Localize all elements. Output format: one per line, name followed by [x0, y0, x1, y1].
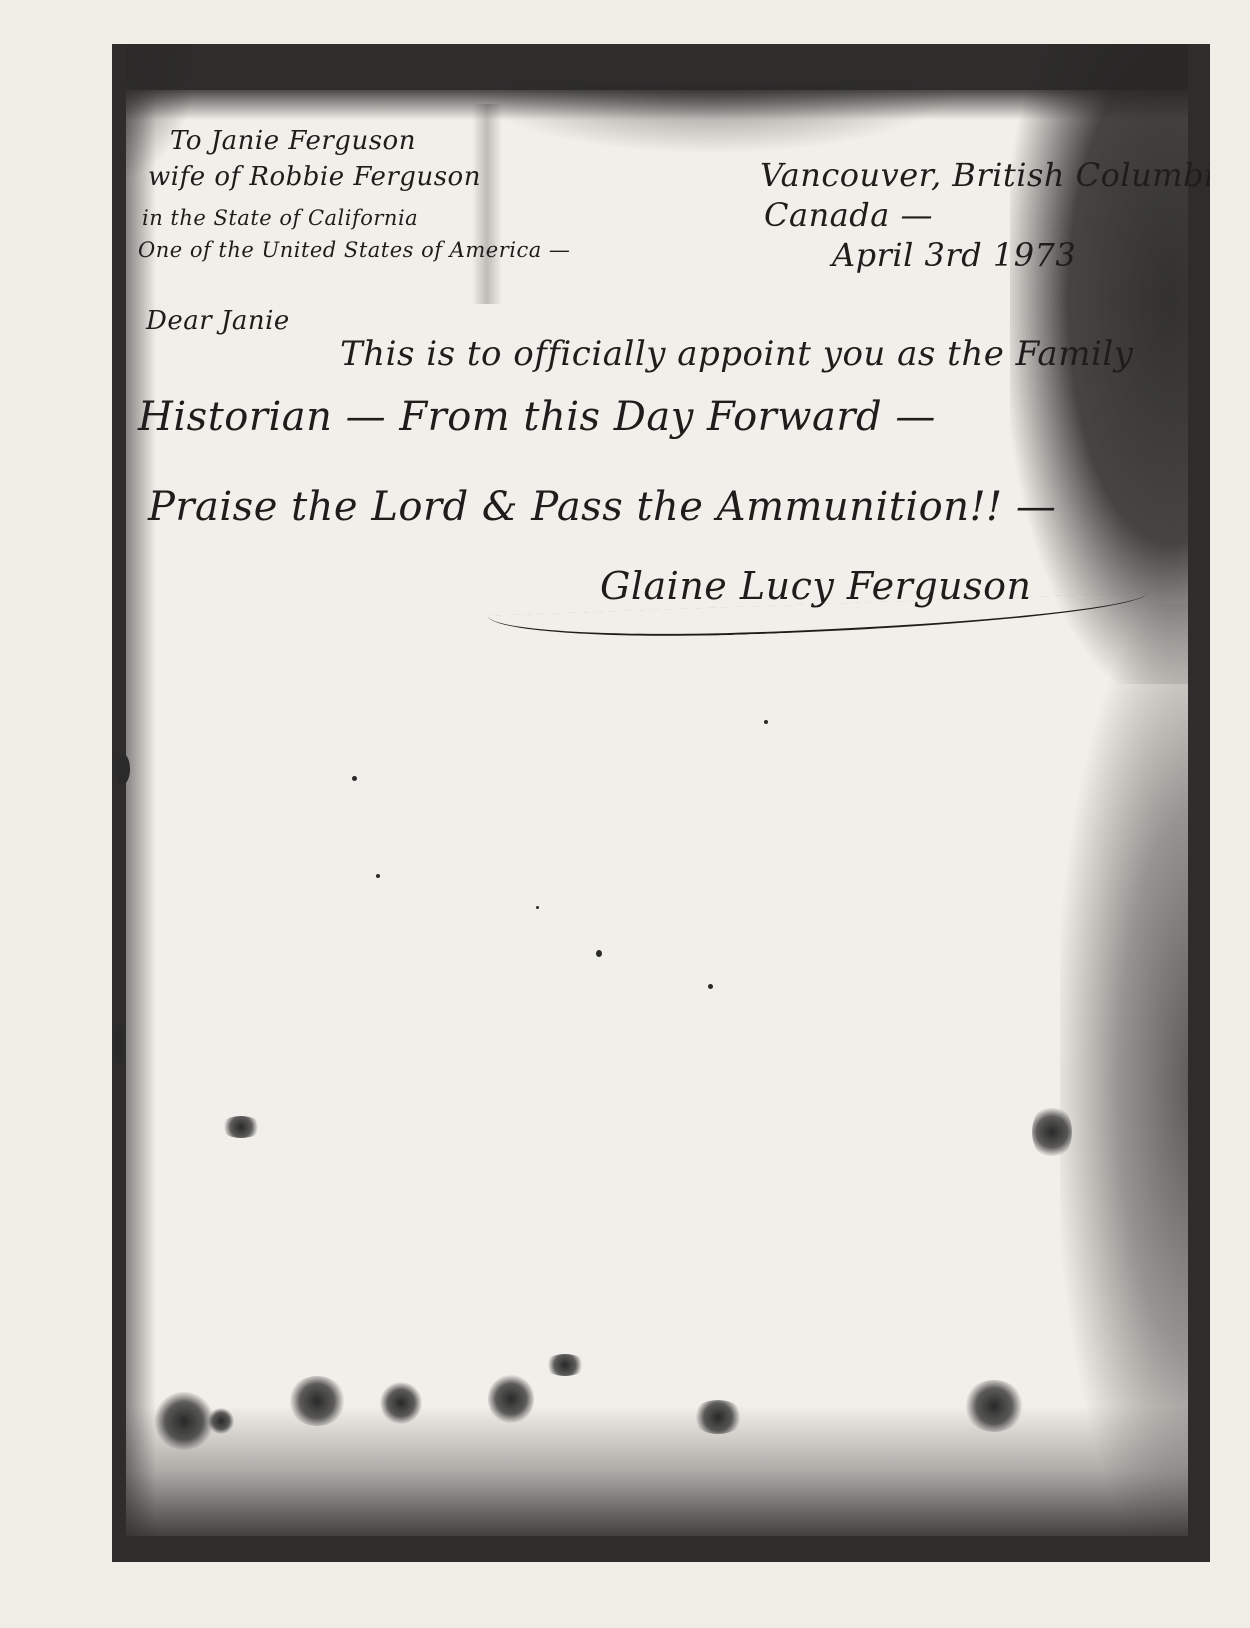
recipient-line-3: in the State of California — [142, 206, 418, 230]
recipient-line-2: wife of Robbie Ferguson — [148, 162, 481, 192]
letter-page: To Janie Ferguson wife of Robbie Ferguso… — [112, 44, 1210, 1562]
sender-country: Canada — — [764, 196, 933, 234]
toner-speck — [352, 776, 357, 781]
toner-speck — [708, 984, 713, 989]
toner-blot — [288, 1376, 346, 1426]
toner-speck — [116, 754, 130, 784]
recipient-line-1: To Janie Ferguson — [170, 126, 416, 156]
toner-border-right — [1188, 44, 1210, 1562]
paper-stain-edge — [472, 104, 502, 304]
toner-speck — [596, 950, 602, 957]
toner-border-bottom — [112, 1536, 1210, 1562]
letter-date: April 3rd 1973 — [832, 236, 1076, 274]
toner-blot — [544, 1354, 586, 1376]
toner-blot — [154, 1392, 214, 1450]
recipient-line-4: One of the United States of America — — [138, 238, 570, 262]
toner-speck — [114, 1024, 124, 1064]
toner-blot — [208, 1408, 234, 1434]
sender-city: Vancouver, British Columbia — [760, 156, 1210, 194]
toner-shade-top-middle — [462, 84, 962, 154]
salutation: Dear Janie — [146, 306, 290, 336]
toner-speck — [536, 906, 539, 909]
toner-speck — [764, 720, 768, 724]
toner-blot — [220, 1116, 262, 1138]
body-line-2: Historian — From this Day Forward — — [138, 394, 936, 440]
toner-blot — [692, 1400, 744, 1434]
toner-fade-bottom — [112, 1406, 1210, 1536]
toner-speck — [376, 874, 380, 878]
toner-fade-left — [126, 44, 156, 1562]
toner-blot — [380, 1382, 422, 1424]
toner-blot — [964, 1380, 1024, 1432]
toner-border-left — [112, 44, 126, 1562]
body-line-3: Praise the Lord & Pass the Ammunition!! … — [148, 484, 1056, 530]
toner-blot — [488, 1374, 534, 1424]
toner-blot — [1032, 1104, 1072, 1160]
body-line-1: This is to officially appoint you as the… — [340, 334, 1133, 374]
